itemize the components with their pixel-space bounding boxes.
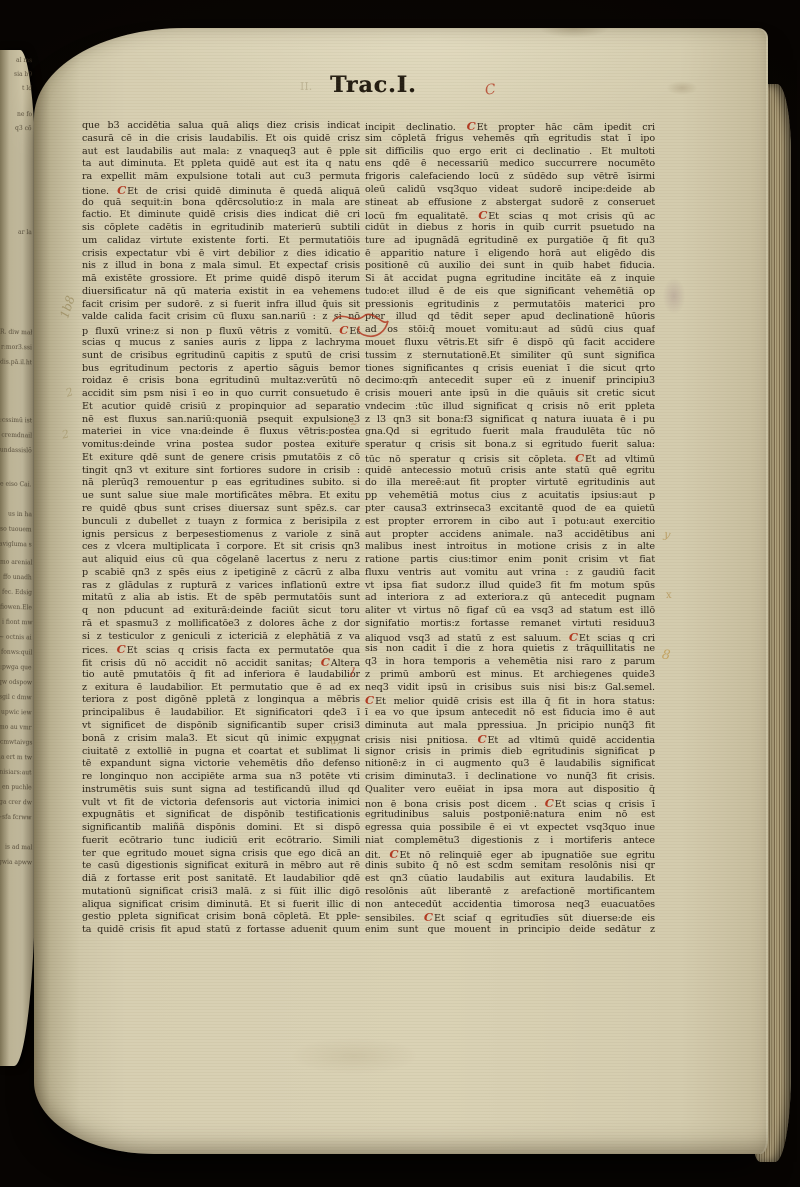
text-line: crisim diminuta3. ī declinatione vo nunq…: [365, 771, 655, 784]
text-line: est propter errorem in cibo aut ī potu:a…: [365, 516, 655, 529]
text-line: do quā sequit:in bona qdērcsolutio:z in …: [82, 197, 360, 210]
text-line: ta quidē crisis fit apud statū z fortass…: [82, 924, 360, 937]
text-line: ad os stōi:q̄ mouet vomitu:aut ad sūdū c…: [365, 324, 655, 337]
text-line: ens qdē ē necessariū medico succurrere n…: [365, 158, 655, 171]
red-underlined-phrase: Altera: [331, 658, 360, 669]
text-line: p fluxū vrine:z si non p fluxū vētris z …: [82, 324, 360, 337]
facing-page-text-fragment: :pwga que: [0, 665, 32, 672]
text-line: sis cōplete cadētis in egritudinib mater…: [82, 222, 360, 235]
text-line: egressa quia possibile ē ei vt expectet …: [365, 822, 655, 835]
text-line: vomitus:deinde vrina postea sudor postea…: [82, 439, 360, 452]
red-underlined-phrase: Et scias: [555, 799, 597, 810]
text-line: enim sunt que mouent in principio deide …: [365, 924, 655, 937]
text-line: significantib maliñā dispōnis domini. Et…: [82, 822, 360, 835]
text-line: CEt melior quidē crisis est illa q̄ fit …: [365, 694, 655, 707]
text-line: tingit qn3 vt exiture sint fortiores sud…: [82, 465, 360, 478]
facing-page-text-fragment: cnisiars:aut: [0, 770, 32, 777]
text-line: Si āt accidat pugna egritudine incitāte …: [365, 273, 655, 286]
red-pilcrow-mark: C: [477, 733, 486, 746]
text-line: q3 in hora temporis a vehemētia nisi rar…: [365, 656, 655, 669]
text-line: tione. CEt de crisi quidē diminuta ē que…: [82, 184, 360, 197]
text-line: tē expandunt signa victorie vehemētis dñ…: [82, 758, 360, 771]
text-line: sim cōpletā frigus vehemēs qm̄ egritudis…: [365, 133, 655, 146]
red-underlined-phrase: Et nō relinquiē: [399, 850, 482, 861]
text-column-left: que b3 accidētia salua quā aliqs diez cr…: [82, 120, 360, 937]
red-pilcrow-mark: C: [389, 848, 398, 861]
text-line: tūc nō speratur q crisis sit cōpleta. CE…: [365, 452, 655, 465]
text-line: facit crisim per sudorē. z si fuerit inf…: [82, 299, 360, 312]
text-line: z l3 qn3 sit bona:f3 significat q natura…: [365, 414, 655, 427]
text-line: expugnātis et significat de dispōnib tes…: [82, 809, 360, 822]
text-line: z exitura ē laudabilior. Et permutatio q…: [82, 682, 360, 695]
text-line: bonā z crisim mala3. Et sicut qū inimic …: [82, 733, 360, 746]
red-pilcrow-mark: C: [117, 184, 126, 197]
text-line: valde calida facit crisim cū fluxu san.n…: [82, 311, 360, 324]
text-line: sensibiles. CEt sciaf q egritudīes sūt d…: [365, 911, 655, 924]
text-line: diuersificatur nā qū materia existit in …: [82, 286, 360, 299]
text-line: incipit declinatio. CEt propter hāc cām …: [365, 120, 655, 133]
facing-page-text-fragment: R. diw mał: [0, 330, 32, 337]
text-line: vt significet de dispōnib significantib …: [82, 720, 360, 733]
text-line: re quidē qbus sunt crises diuersaz sunt …: [82, 503, 360, 516]
text-line: accidit sim psm nisi ī eo in quo currit …: [82, 388, 360, 401]
text-line: bunculi z dubellet z tuayn z formica z b…: [82, 516, 360, 529]
red-pilcrow-mark: C: [575, 452, 584, 465]
red-underlined-phrase: Et scias: [579, 633, 621, 644]
text-line: ratione partis cius:timor enim ponit cri…: [365, 554, 655, 567]
text-line: signifatio mortis:z fortasse remanet vir…: [365, 618, 655, 631]
facing-page-edge: al mssia b9t ldne foq3 cōar laR. diw mał…: [0, 50, 36, 1066]
text-line: gestio ppleta significat crisim bonā cōp…: [82, 911, 360, 924]
facing-page-text-fragment: s upwic iew: [0, 710, 32, 717]
book-photo: al mssia b9t ldne foq3 cōar laR. diw mał…: [0, 0, 800, 1187]
facing-page-text-fragment: 2:cssimū ist: [0, 417, 32, 424]
text-line: pp vehemētiā motus cius z acuitatis ipsi…: [365, 490, 655, 503]
running-head: Trac.I.: [330, 72, 417, 98]
text-line: ces z vlcera multiplicata ī corpore. Et …: [82, 541, 360, 554]
text-line: pter causa3 extrinseca3 excitantē quod d…: [365, 503, 655, 516]
text-line: um calidaz virtute existente forti. Et p…: [82, 235, 360, 248]
facing-page-text-fragment: is ad mal: [4, 845, 32, 852]
text-line: ue sunt salue siue male mortificātes mēb…: [82, 490, 360, 503]
text-line: oleū calidū vsq3quo videat sudorē incipe…: [365, 184, 655, 197]
text-line: cidūt in diebus z horis in quib currit p…: [365, 222, 655, 235]
red-pilcrow-mark: C: [321, 656, 330, 669]
text-line: non ē bona crisis post dicem . CEt scias…: [365, 797, 655, 810]
text-line: ciuitatē z extolliē in pugna et coartat …: [82, 746, 360, 759]
text-line: factio. Et diminute quidē crisis dies in…: [82, 209, 360, 222]
text-line: nis z illud in bona z mala simul. Et exp…: [82, 260, 360, 273]
text-line: locū fm equalitatē. CEt scias q mot cris…: [365, 209, 655, 222]
text-line: aut propter accidens animale. na3 accidē…: [365, 529, 655, 542]
book-page: Trac.I. que b3 accidētia salua quā aliqs…: [34, 28, 768, 1154]
text-line: diminuta aut mala ppressiua. Jn pricipio…: [365, 720, 655, 733]
text-line: aliter vt virtus nō figaf cū ea vsq3 ad …: [365, 605, 655, 618]
text-line: tio autē pmutatōis q̄ fit ad inferiora ē…: [82, 669, 360, 682]
facing-page-text-fragment: avigluma s: [0, 542, 32, 549]
red-underlined-phrase: Et scias: [488, 211, 532, 222]
text-line: aliqua significat crisim diminutā. Et si…: [82, 899, 360, 912]
red-pilcrow-mark: C: [365, 694, 374, 707]
text-line: dit. CEt nō relinquiē eger ab ipugnatiōe…: [365, 848, 655, 861]
text-line: roidaz ē crisis bona egritudinū multaz:v…: [82, 375, 360, 388]
text-line: gna.Qd si egritudo fuerit mala fraudulēt…: [365, 426, 655, 439]
text-line: tiones significantes q crisis eueniat ī …: [365, 363, 655, 376]
text-line: pter illud qd tēdit seper apud declinati…: [365, 311, 655, 324]
text-line: te casū digestionis significat exiturā i…: [82, 860, 360, 873]
red-underlined-phrase: Et sciaf: [434, 913, 476, 924]
text-line: mitatū z alia ab istis. Et de spēb permu…: [82, 592, 360, 605]
text-line: tudo:et illud ē de eis que significant v…: [365, 286, 655, 299]
text-line: diā z fortasse erit post sanitatē. Et la…: [82, 873, 360, 886]
facing-page-text-fragment: sgil c dmw: [0, 695, 32, 702]
text-line: frigoris calefaciendo locū z sūdēdo sup …: [365, 171, 655, 184]
facing-page-text-fragment: fiowen.Ele: [0, 605, 32, 612]
text-line: fit crisis dū nō accidit nō accidit sani…: [82, 656, 360, 669]
text-line: egritudinibus saluis postponiē:natura en…: [365, 809, 655, 822]
text-line: que b3 accidētia salua quā aliqs diez cr…: [82, 120, 360, 133]
text-line: sit difficilis quo ergo erit ci declinat…: [365, 146, 655, 159]
text-line: ture ad ipugnādā egritudinē ex purgatiōe…: [365, 235, 655, 248]
text-line: do illa mereē:aut fit propter virtutē eg…: [365, 477, 655, 490]
text-line: ras z glādulas z rupturā z varices infla…: [82, 580, 360, 593]
text-line: resolōnis aūt liberantē z arefactionē mo…: [365, 886, 655, 899]
text-line: aut est laudabilis aut mala: z vnaqueq3 …: [82, 146, 360, 159]
text-line: re longinquo non accipiēte arma sua n3 p…: [82, 771, 360, 784]
text-line: z primū amborū est minus. Et archiegenes…: [365, 669, 655, 682]
text-line: nē est fluxus san.nariū:quoniā psequit e…: [82, 414, 360, 427]
facing-page-text-fragment: e eiso Cai.: [0, 482, 32, 489]
facing-page-text-fragment: cmwtaivgs: [0, 740, 32, 747]
facing-page-text-fragment: gundassislō: [0, 448, 32, 455]
text-line: ra expellit mām expulsione totali aut cu…: [82, 171, 360, 184]
text-line: ē apparitio nature ī eligendo horā aut e…: [365, 248, 655, 261]
facing-page-text-fragment: gwia apww: [0, 860, 32, 867]
facing-page-text-fragment: ma ert m tw: [0, 754, 32, 761]
text-line: fluxu ventris aut vomitu aut vrina : z g…: [365, 567, 655, 580]
text-line: mā existēte grossiore. Et prime quidē di…: [82, 273, 360, 286]
text-line: Qualiter vero euēiat in ipsa mora aut di…: [365, 784, 655, 797]
facing-page-text-fragment: dis.pā.il.ht: [0, 360, 32, 367]
text-line: nitionē:z in ci augmento qu3 ē laudabili…: [365, 758, 655, 771]
facing-page-text-fragment: ar la: [18, 230, 32, 236]
text-line: signor crisis in primis dieb egritudinis…: [365, 746, 655, 759]
text-line: Et exiture qdē sunt de genere crisis pmu…: [82, 452, 360, 465]
text-line: vult vt fit de victoria defensoris aut v…: [82, 797, 360, 810]
text-line: aut aliquid eius cū qua cōgelanē lacertu…: [82, 554, 360, 567]
facing-page-text-fragment: al ms: [16, 58, 32, 64]
red-underlined-phrase: Et melior: [375, 696, 424, 707]
text-line: q non pducunt ad exiturā:deinde faciūt s…: [82, 605, 360, 618]
text-line: malibus inest introitus in motione crisi…: [365, 541, 655, 554]
red-pilcrow-mark: C: [569, 631, 578, 644]
facing-page-text-fragment: i fiont mw: [1, 620, 32, 627]
text-line: niat complemētu3 digestionis z i mortife…: [365, 835, 655, 848]
text-line: quidē antecessio motuū crisis ante statū…: [365, 465, 655, 478]
facing-page-text-fragment: en puchle: [2, 785, 32, 792]
text-line: crisis nisi pnitiosa. CEt ad vltimū quid…: [365, 733, 655, 746]
facing-page-text-fragment: t ld: [22, 86, 32, 92]
facing-page-text-fragment: R cremdnail: [0, 432, 32, 439]
text-line: instrumētis suis sunt signa ad testifica…: [82, 784, 360, 797]
red-pilcrow-mark: C: [339, 324, 348, 337]
text-column-right: incipit declinatio. CEt propter hāc cām …: [365, 120, 655, 937]
text-line: bus egritudinum pectoris z apertio sāgui…: [82, 363, 360, 376]
text-line: crisis expectatur vbi ē virt debilior z …: [82, 248, 360, 261]
text-line: teriora z post digōnē ppletā z longinqua…: [82, 694, 360, 707]
red-underlined-phrase: Et scias: [127, 645, 170, 656]
text-line: non antecedūt accidentia timorosa neq3 e…: [365, 899, 655, 912]
text-line: neq3 vidit ipsū in crisibus suis nisi bi…: [365, 682, 655, 695]
facing-page-text-fragment: fonws:quil: [0, 650, 32, 657]
text-line: rā et spasmu3 z mollificatōe3 z dolores …: [82, 618, 360, 631]
red-pilcrow-mark: C: [117, 643, 126, 656]
text-line: vt ipsa fiat sudor.z illud quide3 fit fm…: [365, 580, 655, 593]
text-line: decimo:qm̄ antecedit super eū z inuenif …: [365, 375, 655, 388]
text-line: ī ea vo que ipsum antecedit nō est fiduc…: [365, 707, 655, 720]
text-line: mutationū significat crisi3 malā. z si f…: [82, 886, 360, 899]
facing-page-text-fragment: mo arenial: [0, 560, 32, 567]
text-line: si z testiculor z geniculi z ictericiā z…: [82, 631, 360, 644]
text-line: ta aut diminuta. Et ppleta quidē aut est…: [82, 158, 360, 171]
text-line: ter que egritudo mouet signa crisis que …: [82, 848, 360, 861]
text-line: ignis persicus z berpesestiomenus z vari…: [82, 529, 360, 542]
text-line: sunt de crisibus egritudinū capitis z sp…: [82, 350, 360, 363]
text-line: p scabiē qn3 z spēs eius z ipetiginē z c…: [82, 567, 360, 580]
text-line: nā plerūq3 remouentur p eas egritudines …: [82, 477, 360, 490]
text-line: scias q mucus z sanies auris z lippa z l…: [82, 337, 360, 350]
text-line: speratur q crisis sit bona.z si egritudo…: [365, 439, 655, 452]
text-line: pressionis egritudinis z permutatōis mat…: [365, 299, 655, 312]
text-line: stineat ab effusione z abstergat sudorē …: [365, 197, 655, 210]
red-pilcrow-mark: C: [478, 209, 487, 222]
text-line: vndecim :tūc illud significat q crisis n…: [365, 401, 655, 414]
text-line: aliquod vsq3 ad statū z est saluum. CEt …: [365, 631, 655, 644]
text-line: positionē cū auxilio dei sunt in quib ha…: [365, 260, 655, 273]
text-line: sis non cadit ī die z hora quietis z trā…: [365, 643, 655, 656]
text-line: est qn3 cūatio laudabilis aut exitura la…: [365, 873, 655, 886]
red-pilcrow-mark: C: [545, 797, 554, 810]
text-line: casurā cē in die crisis laudabilis. Et o…: [82, 133, 360, 146]
text-line: rices. CEt scias q crisis facta ex permu…: [82, 643, 360, 656]
facing-page-text-fragment: us in ha: [8, 512, 32, 519]
facing-page-text-fragment: ne fo: [17, 112, 32, 118]
facing-page-text-fragment: so tuouem: [0, 527, 32, 534]
text-line: crisis moueri ante ipsū in die quāuis si…: [365, 388, 655, 401]
text-line: principalibus ē laudabilior. Et signific…: [82, 707, 360, 720]
text-line: materiei in vice vna:deinde ē fluxus vēt…: [82, 426, 360, 439]
facing-page-text-fragment: fec. Edsig: [2, 590, 32, 597]
red-pilcrow-mark: C: [467, 120, 476, 133]
text-line: Et acutior quidē crisiū z propinquior ad…: [82, 401, 360, 414]
facing-page-text-fragment: ga crer dw: [0, 800, 32, 807]
facing-page-text-fragment: q3 cō: [15, 126, 32, 132]
text-line: mouet fluxu vētris.Et sifr ē dispō qū fa…: [365, 337, 655, 350]
text-line: fuerit ecōtrario tunc iudiciū erit ecōtr…: [82, 835, 360, 848]
facing-page-text-fragment: ffo unadh: [3, 575, 32, 582]
facing-page-text-fragment: ~ octnis ai: [0, 635, 32, 642]
facing-page-text-fragment: r:mor3.ssi: [1, 345, 32, 352]
text-line: tussim z sternutationē.Et similiter qū s…: [365, 350, 655, 363]
facing-page-text-fragment: qw odspow: [0, 680, 32, 687]
red-pilcrow-mark: C: [424, 911, 433, 924]
facing-page-text-fragment: sia b9: [14, 72, 32, 79]
text-line: ad interiora z ad exteriora.z qū anteced…: [365, 592, 655, 605]
facing-page-text-fragment: mo au vmr: [0, 725, 32, 732]
facing-page-text-fragment: ~sfa fcrww: [0, 815, 32, 822]
text-line: dinis subito q̄ nō est scdm semitam reso…: [365, 860, 655, 873]
red-underlined-phrase: Et propter: [477, 122, 535, 133]
